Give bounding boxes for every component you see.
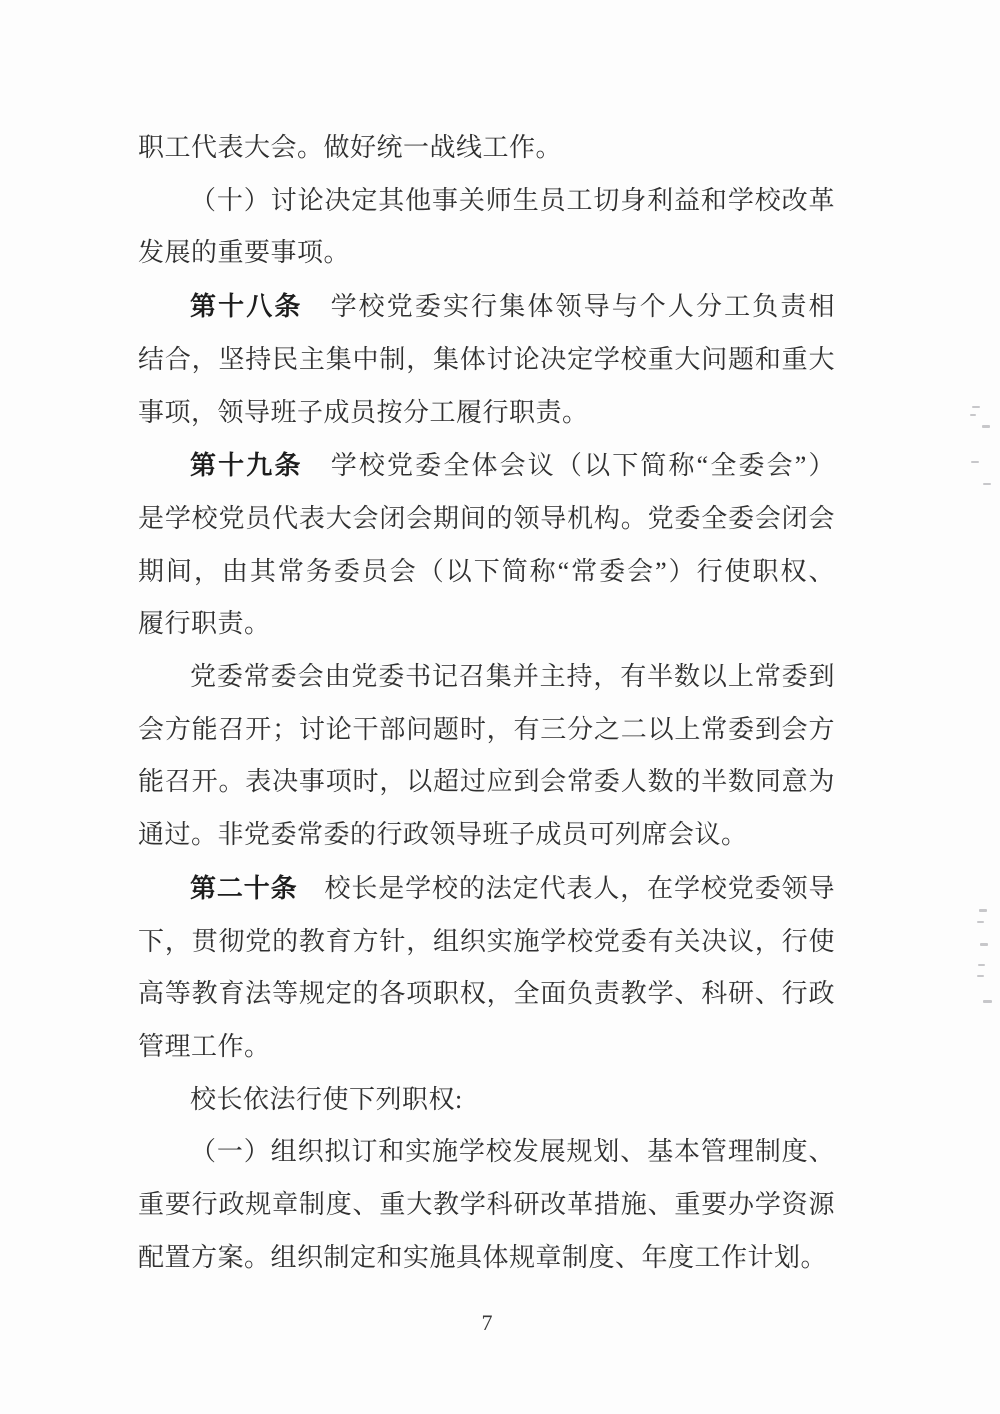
scan-artifact [983, 483, 991, 485]
text-line: 事项，领导班子成员按分工履行职责。 [138, 387, 835, 440]
body-text: 重要行政规章制度、重大教学科研改革措施、重要办学资源 [138, 1190, 835, 1219]
body-text: 结合，坚持民主集中制，集体讨论决定学校重大问题和重大 [138, 345, 835, 374]
body-text: 能召开。表决事项时，以超过应到会常委人数的半数同意为 [138, 767, 835, 796]
scan-artifact [978, 964, 985, 966]
text-line: 高等教育法等规定的各项职权，全面负责教学、科研、行政 [138, 968, 835, 1021]
page-number: 7 [0, 1310, 987, 1336]
text-line: 履行职责。 [138, 598, 835, 651]
body-text: 管理工作。 [138, 1032, 271, 1061]
scan-artifact [979, 909, 987, 912]
body-text: 事项，领导班子成员按分工履行职责。 [138, 398, 589, 427]
text-line: 通过。非党委常委的行政领导班子成员可列席会议。 [138, 809, 835, 862]
body-text: （一）组织拟订和实施学校发展规划、基本管理制度、 [190, 1137, 835, 1166]
body-text: 校长是学校的法定代表人，在学校党委领导 [298, 874, 835, 903]
body-text: 党委常委会由党委书记召集并主持，有半数以上常委到 [190, 662, 835, 691]
article-number: 第二十条 [190, 873, 298, 903]
scan-artifact [972, 406, 980, 408]
text-line: 校长依法行使下列职权: [138, 1074, 835, 1127]
scan-artifact [977, 975, 984, 977]
body-text: 校长依法行使下列职权: [190, 1085, 463, 1114]
text-line: 结合，坚持民主集中制，集体讨论决定学校重大问题和重大 [138, 334, 835, 387]
body-text: 配置方案。组织制定和实施具体规章制度、年度工作计划。 [138, 1243, 827, 1272]
scan-artifact [971, 461, 979, 463]
scan-artifact [980, 943, 988, 946]
text-line: 会方能召开；讨论干部问题时，有三分之二以上常委到会方 [138, 704, 835, 757]
scan-artifact [970, 414, 976, 416]
text-line: 管理工作。 [138, 1021, 835, 1074]
body-text: 学校党委实行集体领导与个人分工负责相 [302, 292, 835, 321]
body-text: 会方能召开；讨论干部问题时，有三分之二以上常委到会方 [138, 715, 835, 744]
body-text: 发展的重要事项。 [138, 238, 350, 267]
text-line: 配置方案。组织制定和实施具体规章制度、年度工作计划。 [138, 1232, 835, 1285]
body-text: 学校党委全体会议（以下简称“全委会”） [303, 451, 835, 480]
body-text: （十）讨论决定其他事关师生员工切身利益和学校改革 [190, 186, 835, 215]
text-line: 职工代表大会。做好统一战线工作。 [138, 122, 835, 175]
text-line: 能召开。表决事项时，以超过应到会常委人数的半数同意为 [138, 756, 835, 809]
article-number: 第十八条 [190, 291, 302, 321]
body-text: 期间，由其常务委员会（以下简称“常委会”）行使职权、 [138, 557, 835, 586]
text-line: （十）讨论决定其他事关师生员工切身利益和学校改革 [138, 175, 835, 228]
body-text: 下，贯彻党的教育方针，组织实施学校党委有关决议，行使 [138, 927, 835, 956]
scan-artifact [977, 921, 984, 923]
text-line: 下，贯彻党的教育方针，组织实施学校党委有关决议，行使 [138, 916, 835, 969]
text-line: 期间，由其常务委员会（以下简称“常委会”）行使职权、 [138, 546, 835, 599]
body-text: 是学校党员代表大会闭会期间的领导机构。党委全委会闭会 [138, 504, 835, 533]
text-line: （一）组织拟订和实施学校发展规划、基本管理制度、 [138, 1126, 835, 1179]
text-line: 重要行政规章制度、重大教学科研改革措施、重要办学资源 [138, 1179, 835, 1232]
scan-artifact [982, 425, 990, 428]
body-text: 高等教育法等规定的各项职权，全面负责教学、科研、行政 [138, 979, 835, 1008]
body-text: 通过。非党委常委的行政领导班子成员可列席会议。 [138, 820, 748, 849]
text-line: 是学校党员代表大会闭会期间的领导机构。党委全委会闭会 [138, 493, 835, 546]
document-page: 职工代表大会。做好统一战线工作。（十）讨论决定其他事关师生员工切身利益和学校改革… [0, 0, 1000, 1414]
scan-artifact [983, 1000, 992, 1003]
text-line: 第十八条 学校党委实行集体领导与个人分工负责相 [138, 280, 835, 334]
text-line: 发展的重要事项。 [138, 227, 835, 280]
article-number: 第十九条 [190, 450, 303, 480]
text-line: 第十九条 学校党委全体会议（以下简称“全委会”） [138, 439, 835, 493]
text-line: 第二十条 校长是学校的法定代表人，在学校党委领导 [138, 862, 835, 916]
document-body: 职工代表大会。做好统一战线工作。（十）讨论决定其他事关师生员工切身利益和学校改革… [138, 122, 835, 1284]
body-text: 履行职责。 [138, 609, 271, 638]
body-text: 职工代表大会。做好统一战线工作。 [138, 133, 562, 162]
text-line: 党委常委会由党委书记召集并主持，有半数以上常委到 [138, 651, 835, 704]
